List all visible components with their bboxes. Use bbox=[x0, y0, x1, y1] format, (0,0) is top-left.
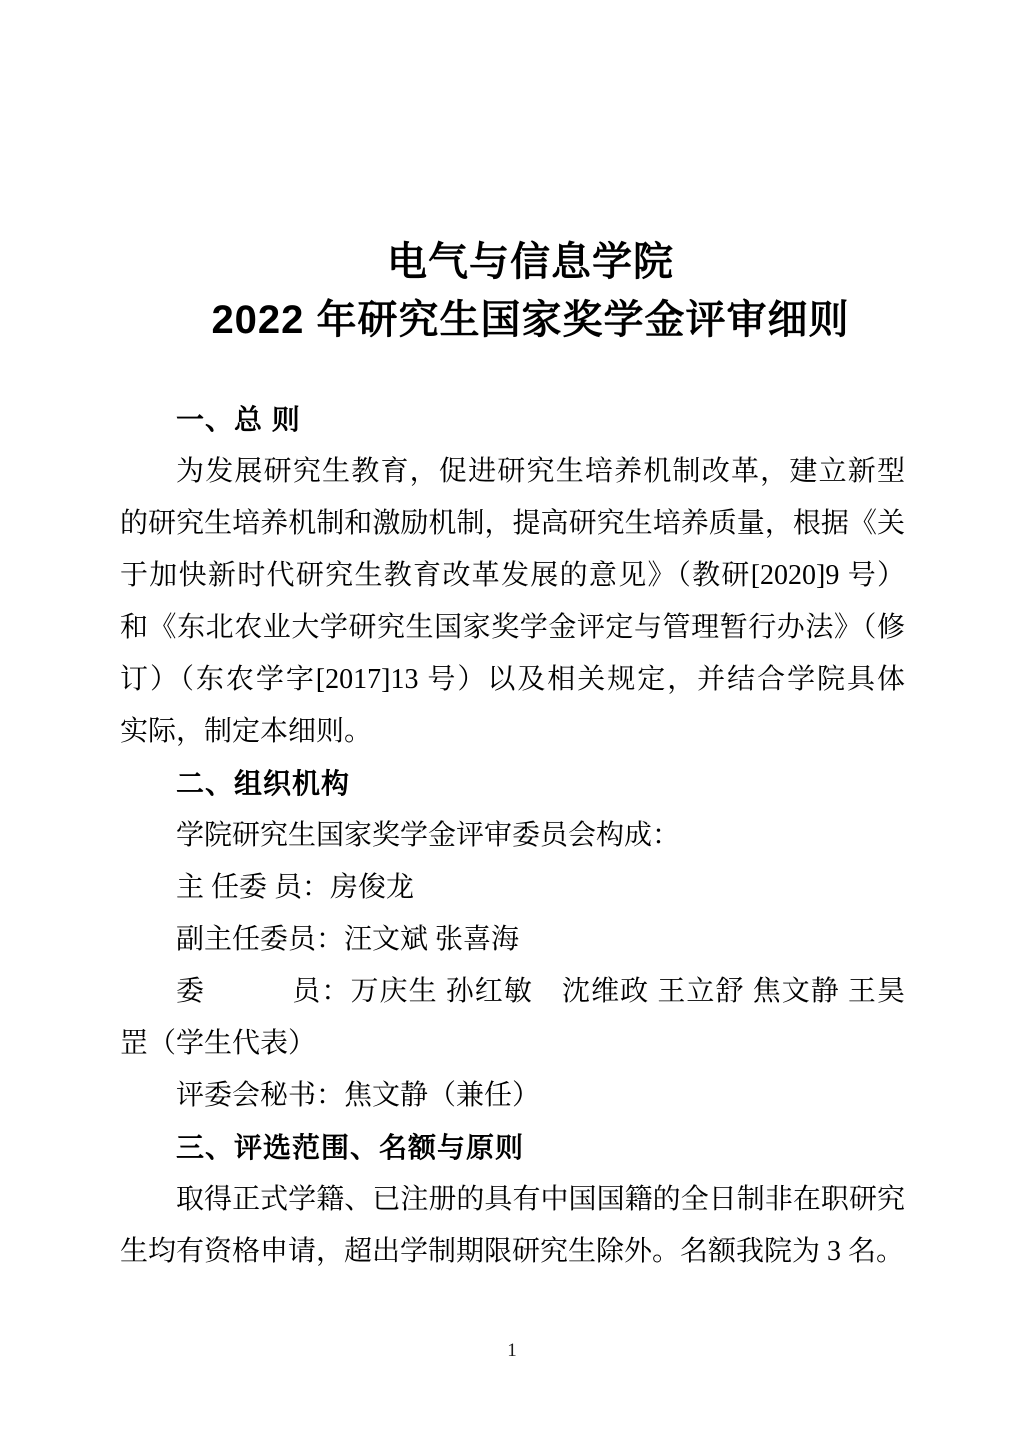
document-title: 电气与信息学院 2022 年研究生国家奖学金评审细则 bbox=[120, 233, 905, 349]
heading-organization: 二、组织机构 bbox=[120, 758, 905, 810]
text-line-chair: 主 任委 员：房俊龙 bbox=[120, 862, 905, 914]
text-line-members: 委 员：万庆生 孙红敏 沈维政 王立舒 焦文静 王昊 bbox=[120, 966, 905, 1018]
text-line-members-cont: 罡（学生代表） bbox=[120, 1018, 905, 1070]
text-line-secretary: 评委会秘书：焦文静（兼任） bbox=[120, 1070, 905, 1122]
document-body: 一、总 则 为发展研究生教育，促进研究生培养机制改革，建立新型 的研究生培养机制… bbox=[120, 394, 905, 1278]
text-line: 于加快新时代研究生教育改革发展的意见》（教研[2020]9 号） bbox=[120, 550, 905, 602]
text-line: 取得正式学籍、已注册的具有中国国籍的全日制非在职研究 bbox=[120, 1174, 905, 1226]
text-line-vice-chairs: 副主任委员：汪文斌 张喜海 bbox=[120, 914, 905, 966]
text-line: 订）（东农学字[2017]13 号）以及相关规定，并结合学院具体 bbox=[120, 654, 905, 706]
text-line: 和《东北农业大学研究生国家奖学金评定与管理暂行办法》（修 bbox=[120, 602, 905, 654]
text-line: 实际，制定本细则。 bbox=[120, 706, 905, 758]
document-page: 电气与信息学院 2022 年研究生国家奖学金评审细则 一、总 则 为发展研究生教… bbox=[0, 0, 1024, 1448]
text-line: 的研究生培养机制和激励机制，提高研究生培养质量，根据《关 bbox=[120, 498, 905, 550]
heading-general-rules: 一、总 则 bbox=[120, 394, 905, 446]
page-number: 1 bbox=[0, 1338, 1024, 1364]
text-line: 生均有资格申请，超出学制期限研究生除外。名额我院为 3 名。 bbox=[120, 1226, 905, 1278]
text-line: 为发展研究生教育，促进研究生培养机制改革，建立新型 bbox=[120, 446, 905, 498]
title-line-document-name: 2022 年研究生国家奖学金评审细则 bbox=[156, 291, 905, 349]
text-line: 学院研究生国家奖学金评审委员会构成： bbox=[120, 810, 905, 862]
heading-selection-scope: 三、评选范围、名额与原则 bbox=[120, 1122, 905, 1174]
title-line-college-name: 电气与信息学院 bbox=[156, 233, 905, 291]
